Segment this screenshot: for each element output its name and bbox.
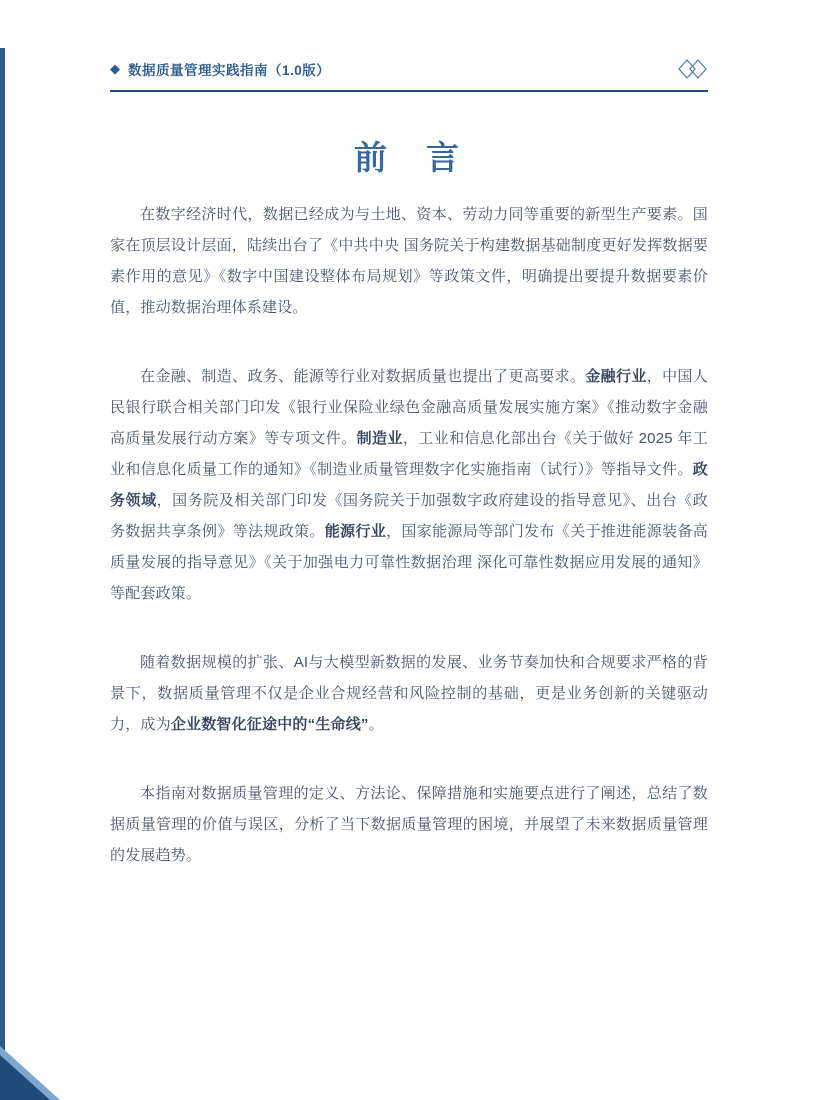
header-left: ◆ 数据质量管理实践指南（1.0版） xyxy=(110,59,330,79)
document-page: ◆ 数据质量管理实践指南（1.0版） 前 言 在数字经济时代，数据已经成为与土地… xyxy=(0,0,816,1100)
header-rule xyxy=(110,90,708,92)
bold-text-segment: 金融行业 xyxy=(585,368,646,385)
paragraph: 在数字经济时代，数据已经成为与土地、资本、劳动力同等重要的新型生产要素。国家在顶… xyxy=(110,199,708,323)
diamond-icon: ◆ xyxy=(110,62,120,75)
paragraph: 在金融、制造、政务、能源等行业对数据质量也提出了更高要求。金融行业，中国人民银行… xyxy=(110,361,708,609)
text-segment: 在数字经济时代，数据已经成为与土地、资本、劳动力同等重要的新型生产要素。国家在顶… xyxy=(110,206,708,316)
page-header: ◆ 数据质量管理实践指南（1.0版） xyxy=(110,56,708,82)
paragraph: 随着数据规模的扩张、AI与大模型新数据的发展、业务节奏加快和合规要求严格的背景下… xyxy=(110,647,708,740)
page-title: 前 言 xyxy=(0,132,816,179)
text-segment: 本指南对数据质量管理的定义、方法论、保障措施和实施要点进行了阐述，总结了数据质量… xyxy=(110,785,708,864)
body-paragraphs: 在数字经济时代，数据已经成为与土地、资本、劳动力同等重要的新型生产要素。国家在顶… xyxy=(110,199,708,871)
corner-decoration-dark xyxy=(0,1055,50,1100)
header-title: 数据质量管理实践指南（1.0版） xyxy=(128,59,330,79)
paragraph: 本指南对数据质量管理的定义、方法论、保障措施和实施要点进行了阐述，总结了数据质量… xyxy=(110,778,708,871)
left-edge-decoration-bar xyxy=(0,48,5,1100)
bold-text-segment: 能源行业 xyxy=(325,523,386,540)
double-diamond-icon xyxy=(678,58,708,80)
text-segment: 在金融、制造、政务、能源等行业对数据质量也提出了更高要求。 xyxy=(140,368,585,385)
text-segment: 。 xyxy=(369,716,384,733)
bold-text-segment: 企业数智化征途中的“生命线” xyxy=(171,716,369,733)
bold-text-segment: 制造业 xyxy=(357,430,403,447)
